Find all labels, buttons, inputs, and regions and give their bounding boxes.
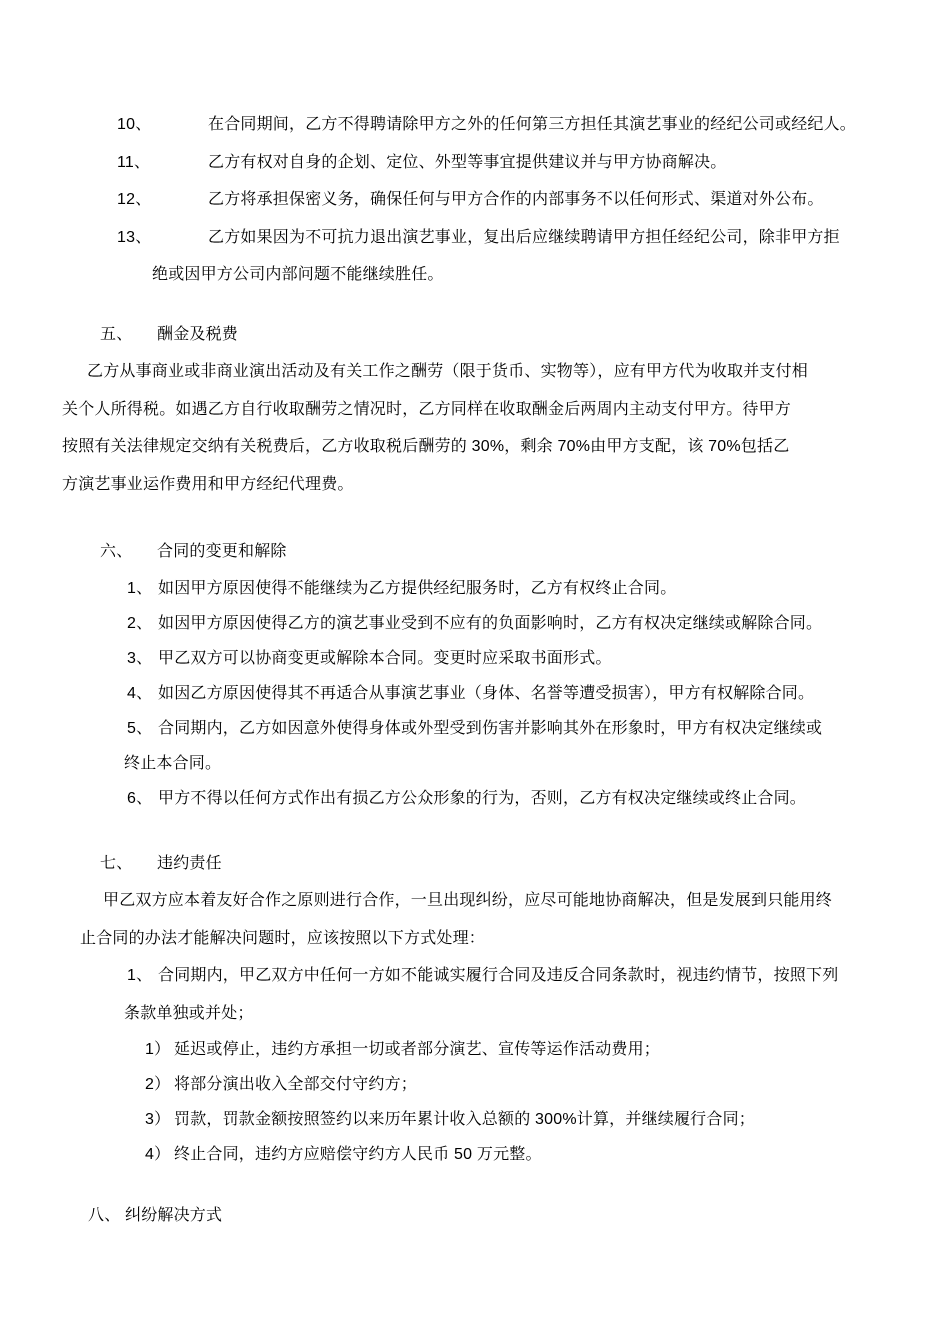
section6-item-5: 5、合同期内，乙方如因意外使得身体或外型受到伤害并影响其外在形象时，甲方有权决定…	[0, 711, 950, 746]
section7-number: 七、	[100, 845, 157, 883]
subitem-text: 将部分演出收入全部交付守约方；	[174, 1076, 417, 1093]
section5-para-line-4: 方演艺事业运作费用和甲方经纪代理费。	[0, 466, 950, 504]
section6-item-3: 3、甲乙双方可以协商变更或解除本合同。变更时应采取书面形式。	[0, 641, 950, 676]
subitem-number: 1）	[145, 1032, 174, 1067]
item-text: 甲方不得以任何方式作出有损乙方公众形象的行为，否则，乙方有权决定继续或终止合同。	[158, 790, 806, 807]
section8-title: 纠纷解决方式	[125, 1207, 222, 1224]
item-number: 2、	[127, 606, 158, 641]
item-number: 4、	[127, 676, 158, 711]
clause-12: 12、乙方将承担保密义务，确保任何与甲方合作的内部事务不以任何形式、渠道对外公布…	[0, 181, 950, 219]
clause-10: 10、在合同期间，乙方不得聘请除甲方之外的任何第三方担任其演艺事业的经纪公司或经…	[0, 106, 950, 144]
clause-12-number: 12、	[117, 181, 208, 219]
item-number: 6、	[127, 781, 158, 816]
item-text: 如因乙方原因使得其不再适合从事演艺事业（身体、名誉等遭受损害），甲方有权解除合同…	[158, 685, 814, 702]
subitem-number: 4）	[145, 1137, 174, 1172]
item-text: 如因甲方原因使得不能继续为乙方提供经纪服务时，乙方有权终止合同。	[158, 580, 676, 597]
section6-item-5-continuation: 终止本合同。	[0, 746, 950, 781]
clause-13-text: 乙方如果因为不可抗力退出演艺事业，复出后应继续聘请甲方担任经纪公司，除非甲方拒	[208, 229, 840, 246]
section6-item-1: 1、如因甲方原因使得不能继续为乙方提供经纪服务时，乙方有权终止合同。	[0, 571, 950, 606]
section7-subitem-2: 2）将部分演出收入全部交付守约方；	[0, 1067, 950, 1102]
subitem-text: 终止合同，违约方应赔偿守约方人民币 50 万元整。	[174, 1146, 542, 1163]
section7-subitem-1: 1）延迟或停止，违约方承担一切或者部分演艺、宣传等运作活动费用；	[0, 1032, 950, 1067]
subitem-text: 延迟或停止，违约方承担一切或者部分演艺、宣传等运作活动费用；	[174, 1041, 660, 1058]
item-text: 甲乙双方可以协商变更或解除本合同。变更时应采取书面形式。	[158, 650, 612, 667]
section7-item-1: 1、合同期内，甲乙双方中任何一方如不能诚实履行合同及违反合同条款时，视违约情节，…	[0, 957, 950, 995]
section7-subitem-3: 3）罚款，罚款金额按照签约以来历年累计收入总额的 300%计算，并继续履行合同；	[0, 1102, 950, 1137]
section7-item-1-continuation: 条款单独或并处；	[0, 995, 950, 1033]
section7-title: 违约责任	[157, 855, 222, 872]
section7-para-line-1: 甲乙双方应本着友好合作之原则进行合作，一旦出现纠纷，应尽可能地协商解决，但是发展…	[0, 882, 950, 920]
section5-heading: 五、酬金及税费	[0, 316, 950, 354]
item-text: 合同期内，甲乙双方中任何一方如不能诚实履行合同及违反合同条款时，视违约情节，按照…	[158, 967, 838, 984]
subitem-text: 罚款，罚款金额按照签约以来历年累计收入总额的 300%计算，并继续履行合同；	[174, 1111, 755, 1128]
section5-para-line-3: 按照有关法律规定交纳有关税费后，乙方收取税后酬劳的 30%，剩余 70%由甲方支…	[0, 428, 950, 466]
clause-11: 11、乙方有权对自身的企划、定位、外型等事宜提供建议并与甲方协商解决。	[0, 144, 950, 182]
section5-title: 酬金及税费	[157, 326, 238, 343]
section8-heading: 八、纠纷解决方式	[0, 1197, 950, 1235]
item-number: 1、	[127, 571, 158, 606]
section6-heading: 六、合同的变更和解除	[0, 533, 950, 571]
section6-item-2: 2、如因甲方原因使得乙方的演艺事业受到不应有的负面影响时，乙方有权决定继续或解除…	[0, 606, 950, 641]
item-text: 如因甲方原因使得乙方的演艺事业受到不应有的负面影响时，乙方有权决定继续或解除合同…	[158, 615, 822, 632]
section5-para-line-2: 关个人所得税。如遇乙方自行收取酬劳之情况时，乙方同样在收取酬金后两周内主动支付甲…	[0, 391, 950, 429]
clause-10-number: 10、	[117, 106, 208, 144]
clause-13: 13、乙方如果因为不可抗力退出演艺事业，复出后应继续聘请甲方担任经纪公司，除非甲…	[0, 219, 950, 257]
section5-number: 五、	[100, 316, 157, 354]
clause-10-text: 在合同期间，乙方不得聘请除甲方之外的任何第三方担任其演艺事业的经纪公司或经纪人。	[208, 116, 856, 133]
item-number: 1、	[127, 957, 158, 995]
subitem-number: 3）	[145, 1102, 174, 1137]
clause-13-continuation: 绝或因甲方公司内部问题不能继续胜任。	[0, 256, 950, 294]
clause-11-number: 11、	[117, 144, 208, 182]
section7-heading: 七、违约责任	[0, 845, 950, 883]
document-page: 10、在合同期间，乙方不得聘请除甲方之外的任何第三方担任其演艺事业的经纪公司或经…	[0, 0, 950, 1344]
section6-title: 合同的变更和解除	[157, 543, 287, 560]
section8-number: 八、	[88, 1197, 125, 1235]
section6-item-4: 4、如因乙方原因使得其不再适合从事演艺事业（身体、名誉等遭受损害），甲方有权解除…	[0, 676, 950, 711]
section6-item-6: 6、甲方不得以任何方式作出有损乙方公众形象的行为，否则，乙方有权决定继续或终止合…	[0, 781, 950, 816]
subitem-number: 2）	[145, 1067, 174, 1102]
item-text: 合同期内，乙方如因意外使得身体或外型受到伤害并影响其外在形象时，甲方有权决定继续…	[158, 720, 822, 737]
section6-number: 六、	[100, 533, 157, 571]
clause-11-text: 乙方有权对自身的企划、定位、外型等事宜提供建议并与甲方协商解决。	[208, 154, 726, 171]
clause-13-number: 13、	[117, 219, 208, 257]
section5-para-line-1: 乙方从事商业或非商业演出活动及有关工作之酬劳（限于货币、实物等），应有甲方代为收…	[0, 353, 950, 391]
clause-12-text: 乙方将承担保密义务，确保任何与甲方合作的内部事务不以任何形式、渠道对外公布。	[208, 191, 824, 208]
section7-para-line-2: 止合同的办法才能解决问题时，应该按照以下方式处理：	[0, 920, 950, 958]
section7-subitem-4: 4）终止合同，违约方应赔偿守约方人民币 50 万元整。	[0, 1137, 950, 1172]
item-number: 3、	[127, 641, 158, 676]
item-number: 5、	[127, 711, 158, 746]
